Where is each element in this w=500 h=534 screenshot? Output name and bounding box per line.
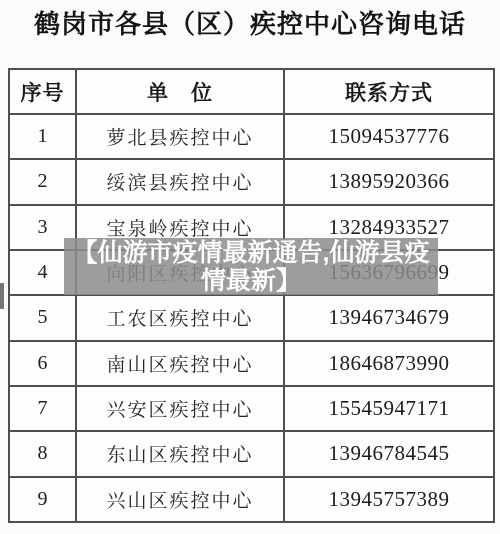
serial-cell: 1 bbox=[9, 114, 76, 159]
table-row: 8东山区疾控中心13946784545 bbox=[9, 431, 494, 476]
watermark-caption: 【仙游市疫情最新通告,仙游县疫情最新】 bbox=[64, 238, 438, 295]
phone-cell: 15094537776 bbox=[284, 114, 494, 159]
phone-cell: 13895920366 bbox=[284, 159, 494, 204]
unit-cell: 工农区疾控中心 bbox=[76, 295, 284, 340]
serial-cell: 5 bbox=[9, 295, 76, 340]
serial-cell: 2 bbox=[9, 159, 76, 204]
table-row: 1萝北县疾控中心15094537776 bbox=[9, 114, 494, 159]
phone-cell: 13946734679 bbox=[284, 295, 494, 340]
phone-cell: 18646873990 bbox=[284, 341, 494, 386]
header-row: 序号 单 位 联系方式 bbox=[9, 69, 494, 114]
table-row: 6南山区疾控中心18646873990 bbox=[9, 341, 494, 386]
table-body: 1萝北县疾控中心150945377762绥滨县疾控中心138959203663宝… bbox=[9, 114, 494, 522]
table-row: 2绥滨县疾控中心13895920366 bbox=[9, 159, 494, 204]
phone-cell: 13945757389 bbox=[284, 477, 494, 522]
unit-cell: 兴安区疾控中心 bbox=[76, 386, 284, 431]
unit-cell: 萝北县疾控中心 bbox=[76, 114, 284, 159]
unit-cell: 绥滨县疾控中心 bbox=[76, 159, 284, 204]
phone-cell: 15545947171 bbox=[284, 386, 494, 431]
unit-cell: 东山区疾控中心 bbox=[76, 431, 284, 476]
phone-cell: 13946784545 bbox=[284, 431, 494, 476]
header-unit: 单 位 bbox=[76, 69, 284, 114]
header-contact: 联系方式 bbox=[284, 69, 494, 114]
table-header: 序号 单 位 联系方式 bbox=[9, 69, 494, 114]
table-row: 7兴安区疾控中心15545947171 bbox=[9, 386, 494, 431]
page-title: 鹤岗市各县（区）疾控中心咨询电话 bbox=[0, 4, 500, 41]
header-serial: 序号 bbox=[9, 69, 76, 114]
unit-cell: 南山区疾控中心 bbox=[76, 341, 284, 386]
table-row: 5工农区疾控中心13946734679 bbox=[9, 295, 494, 340]
left-edge-artifact bbox=[0, 283, 4, 309]
serial-cell: 9 bbox=[9, 477, 76, 522]
page: 鹤岗市各县（区）疾控中心咨询电话 序号 单 位 联系方式 1萝北县疾控中心150… bbox=[0, 0, 500, 534]
contact-table: 序号 单 位 联系方式 1萝北县疾控中心150945377762绥滨县疾控中心1… bbox=[8, 68, 495, 523]
table-row: 9兴山区疾控中心13945757389 bbox=[9, 477, 494, 522]
serial-cell: 6 bbox=[9, 341, 76, 386]
serial-cell: 8 bbox=[9, 431, 76, 476]
unit-cell: 兴山区疾控中心 bbox=[76, 477, 284, 522]
serial-cell: 7 bbox=[9, 386, 76, 431]
